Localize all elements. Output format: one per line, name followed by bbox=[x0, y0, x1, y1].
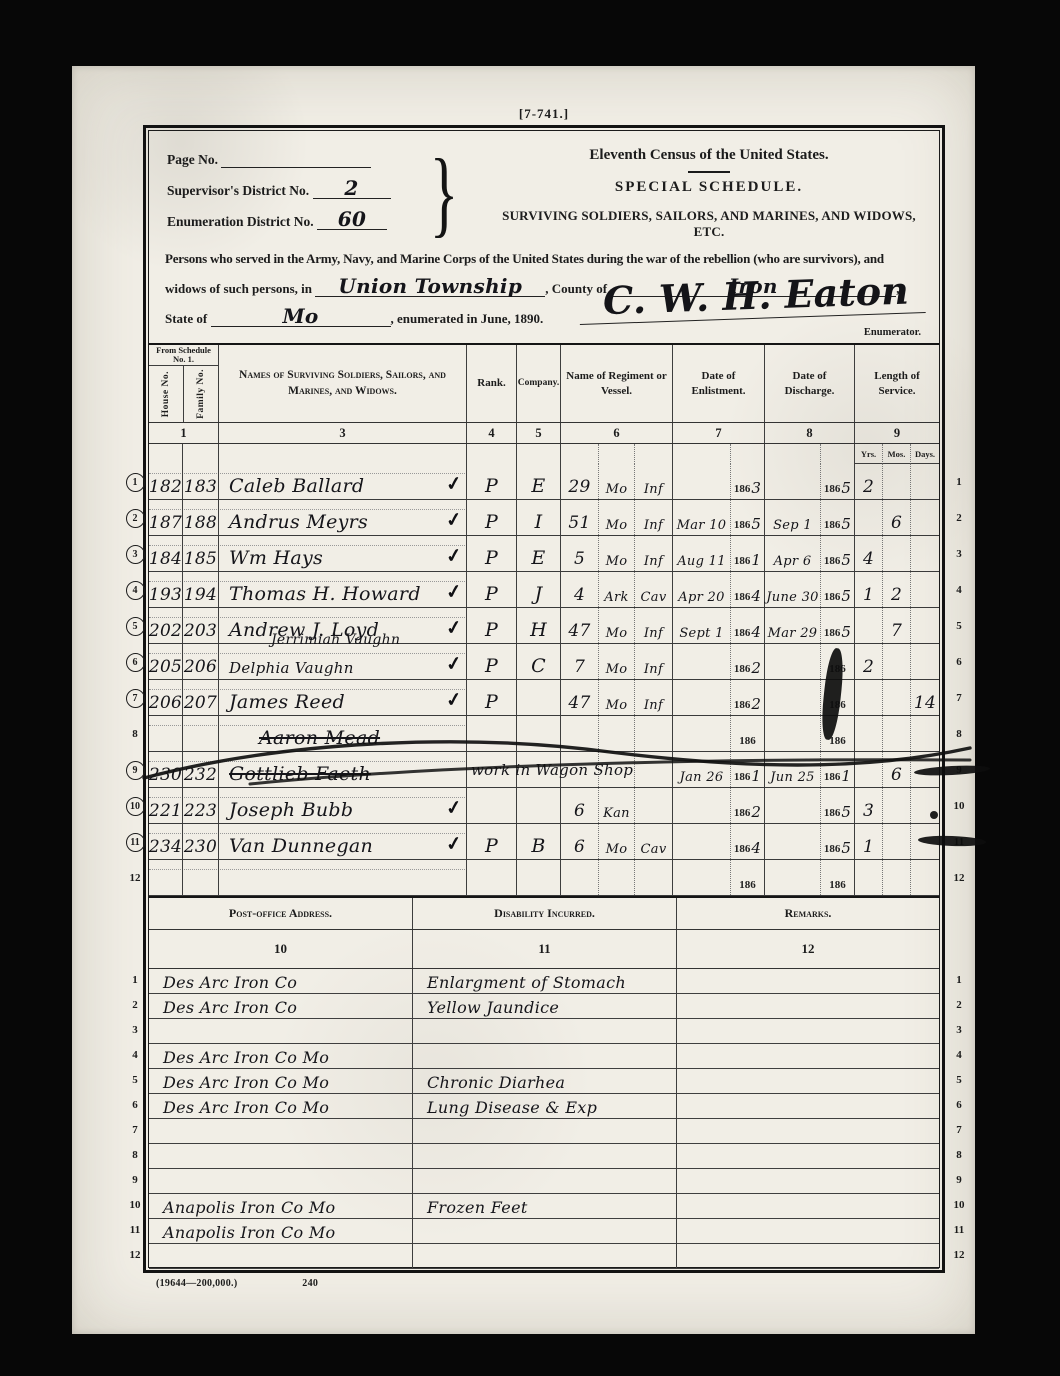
remarks-cell bbox=[677, 1219, 939, 1243]
company-value: B bbox=[531, 835, 545, 857]
house-no-value: 221 bbox=[149, 801, 182, 821]
rank-value: P bbox=[485, 475, 498, 497]
year-digit: 4 bbox=[751, 587, 761, 605]
row-number-1: 1 bbox=[946, 464, 972, 500]
title-block: Eleventh Census of the United States. SP… bbox=[499, 147, 919, 240]
service-yrs-cell bbox=[855, 680, 883, 715]
year-digit: 2 bbox=[751, 695, 761, 713]
discharge-day-value: June 30 bbox=[766, 590, 818, 605]
check-mark: ✓ bbox=[445, 472, 464, 497]
remarks-header: Remarks. bbox=[677, 898, 939, 929]
service-mos-cell bbox=[883, 824, 911, 859]
regiment-branch-cell: Inf bbox=[635, 680, 673, 715]
rank-header: Rank. bbox=[467, 345, 517, 422]
regiment-branch-cell: Inf bbox=[635, 644, 673, 679]
service-days-cell bbox=[911, 716, 939, 751]
discharge-day-value: Apr 6 bbox=[774, 554, 812, 569]
check-mark: ✓ bbox=[445, 544, 464, 569]
regiment-branch-cell bbox=[635, 752, 673, 787]
soldier-row: 205206Jerrimiah VaughnDelphia Vaughn✓PC7… bbox=[149, 644, 939, 680]
service-header: Length of Service. bbox=[855, 345, 939, 422]
service-mos-cell bbox=[883, 644, 911, 679]
row-number-5: 5 bbox=[122, 1067, 148, 1092]
po-address-cell: Des Arc Iron Co bbox=[149, 969, 413, 993]
year-digit: 1 bbox=[841, 767, 851, 785]
discharge-day-cell bbox=[765, 860, 821, 895]
row-number-12: 12 bbox=[122, 860, 148, 896]
regiment-no-cell: 51 bbox=[561, 500, 599, 535]
disability-cell: Yellow Jaundice bbox=[413, 994, 677, 1018]
enlist-year-cell: 1864 bbox=[731, 572, 765, 607]
row-number-6: 6 bbox=[122, 644, 148, 680]
service-mos-value: 6 bbox=[891, 513, 902, 533]
enlistment-header: Date of Enlistment. bbox=[673, 345, 765, 422]
service-mos-cell bbox=[883, 536, 911, 571]
state-label: State of bbox=[165, 311, 207, 326]
service-yrs-cell: 1 bbox=[855, 572, 883, 607]
row-number-2: 2 bbox=[946, 500, 972, 536]
po-address-cell: Des Arc Iron Co Mo bbox=[149, 1044, 413, 1068]
enlist-year-cell: 186 bbox=[731, 860, 765, 895]
regiment-state-value: Mo bbox=[606, 554, 628, 569]
service-days-cell bbox=[911, 536, 939, 571]
po-address-header: Post-office Address. bbox=[149, 898, 413, 929]
col-num-8: 8 bbox=[765, 423, 855, 443]
year-digit: 5 bbox=[841, 515, 851, 533]
remarks-cell bbox=[677, 1069, 939, 1093]
regiment-state-cell: Mo bbox=[599, 464, 635, 499]
discharge-day-value: Mar 29 bbox=[768, 626, 818, 641]
disability-cell: Lung Disease & Exp bbox=[413, 1094, 677, 1118]
company-cell: C bbox=[517, 644, 561, 679]
soldier-row: 230232Gottlieb Faethwork in Wagon ShopJa… bbox=[149, 752, 939, 788]
name-cell: Aaron Mead bbox=[219, 716, 467, 751]
remarks-cell bbox=[677, 1244, 939, 1268]
row-number-2: 2 bbox=[122, 992, 148, 1017]
remarks-cell bbox=[677, 1044, 939, 1068]
discharge-day-cell: June 30 bbox=[765, 572, 821, 607]
enlist-year-cell: 1863 bbox=[731, 464, 765, 499]
enlist-day-cell: Jan 26 bbox=[673, 752, 731, 787]
regiment-state-cell: Mo bbox=[599, 680, 635, 715]
postoffice-row bbox=[149, 1019, 939, 1044]
year-digit: 2 bbox=[751, 803, 761, 821]
service-mos-value: 2 bbox=[891, 585, 902, 605]
row-number-6: 6 bbox=[946, 644, 972, 680]
name-value: Joseph Bubb bbox=[229, 799, 353, 821]
names-header: Names of Surviving Soldiers, Sailors, an… bbox=[219, 345, 467, 422]
soldier-row: 186186 bbox=[149, 860, 939, 896]
year-digit: 1 bbox=[751, 551, 761, 569]
enlist-day-value: Mar 10 bbox=[677, 518, 727, 533]
regiment-branch-cell bbox=[635, 788, 673, 823]
house-no-value: 193 bbox=[149, 585, 182, 605]
enlist-day-cell bbox=[673, 824, 731, 859]
check-mark: ✓ bbox=[445, 616, 464, 641]
year-digit: 5 bbox=[841, 623, 851, 641]
regiment-no-cell: 47 bbox=[561, 608, 599, 643]
row-number-8: 8 bbox=[946, 1142, 972, 1167]
disability-cell: Chronic Diarhea bbox=[413, 1069, 677, 1093]
service-yrs-cell: 3 bbox=[855, 788, 883, 823]
name-cell: Andrus Meyrs✓ bbox=[219, 500, 467, 535]
remarks-cell bbox=[677, 1194, 939, 1218]
service-days-cell: 14 bbox=[911, 680, 939, 715]
preamble: Persons who served in the Army, Navy, an… bbox=[149, 243, 939, 343]
service-yrs-cell bbox=[855, 860, 883, 895]
enlist-year-cell: 1864 bbox=[731, 824, 765, 859]
check-mark: ✓ bbox=[445, 832, 464, 857]
po-address-value: Des Arc Iron Co Mo bbox=[163, 1098, 329, 1117]
col-num-1: 1 bbox=[149, 423, 219, 443]
page-no-value bbox=[221, 147, 371, 168]
row-number-10: 10 bbox=[946, 1192, 972, 1217]
service-yrs-cell bbox=[855, 500, 883, 535]
row-number-3: 3 bbox=[946, 1017, 972, 1042]
discharge-day-cell bbox=[765, 788, 821, 823]
rank-value: P bbox=[485, 547, 498, 569]
row-number-1: 1 bbox=[122, 967, 148, 992]
row-number-3: 3 bbox=[946, 536, 972, 572]
disability-value: Yellow Jaundice bbox=[427, 998, 559, 1017]
name-cell: Van Dunnegan✓ bbox=[219, 824, 467, 859]
col-num-9: 9 bbox=[855, 423, 939, 443]
house-no-value: 234 bbox=[149, 837, 182, 857]
page-no-label: Page No. bbox=[167, 152, 218, 167]
regiment-no-value: 7 bbox=[574, 657, 585, 677]
year-digit: 5 bbox=[751, 515, 761, 533]
service-mos-cell bbox=[883, 680, 911, 715]
house-no-cell: 205 bbox=[149, 644, 183, 679]
enlist-year-cell: 1864 bbox=[731, 608, 765, 643]
service-mos-cell: 2 bbox=[883, 572, 911, 607]
family-no-value: 188 bbox=[184, 513, 217, 533]
service-yrs-cell: 2 bbox=[855, 464, 883, 499]
service-yrs-value: 2 bbox=[863, 657, 874, 677]
disability-cell bbox=[413, 1219, 677, 1243]
discharge-year-cell: 1865 bbox=[821, 500, 855, 535]
family-no-cell: 223 bbox=[183, 788, 219, 823]
company-cell: E bbox=[517, 536, 561, 571]
enumeration-district-value: 60 bbox=[317, 209, 387, 230]
discharge-year-cell: 1865 bbox=[821, 824, 855, 859]
service-yrs-value: 1 bbox=[863, 585, 874, 605]
enlist-day-cell: Mar 10 bbox=[673, 500, 731, 535]
regiment-state-value: Ark bbox=[604, 590, 628, 605]
district-block: Page No. Supervisor's District No. 2 Enu… bbox=[167, 147, 391, 240]
rank-cell bbox=[467, 788, 517, 823]
regiment-no-cell: 6 bbox=[561, 788, 599, 823]
discharge-day-cell bbox=[765, 464, 821, 499]
row-number-12: 12 bbox=[946, 1242, 972, 1267]
company-cell bbox=[517, 788, 561, 823]
po-address-cell bbox=[149, 1019, 413, 1043]
circled-row-number: 4 bbox=[126, 581, 145, 600]
remarks-cell bbox=[677, 969, 939, 993]
service-yrs-cell: 4 bbox=[855, 536, 883, 571]
discharge-year-cell: 186 bbox=[821, 860, 855, 895]
year-digit: 3 bbox=[751, 479, 761, 497]
disability-value: Chronic Diarhea bbox=[427, 1073, 565, 1092]
mos-subheader: Mos. bbox=[883, 444, 911, 464]
rank-value: P bbox=[485, 583, 498, 605]
left-row-numbers-table1: 123456789101112 bbox=[122, 464, 148, 896]
occupation-note: work in Wagon Shop bbox=[471, 761, 633, 779]
house-no-cell: 202 bbox=[149, 608, 183, 643]
circled-row-number: 1 bbox=[126, 473, 145, 492]
row-number-10: 10 bbox=[122, 788, 148, 824]
regiment-branch-cell: Cav bbox=[635, 572, 673, 607]
from-schedule-label: From Schedule No. 1. bbox=[149, 345, 218, 366]
service-yrs-cell bbox=[855, 608, 883, 643]
po-address-cell: Anapolis Iron Co Mo bbox=[149, 1219, 413, 1243]
family-no-value: 183 bbox=[184, 477, 217, 497]
year-digit: 2 bbox=[751, 659, 761, 677]
regiment-no-value: 6 bbox=[574, 837, 585, 857]
rank-value: P bbox=[485, 655, 498, 677]
circled-row-number: 7 bbox=[126, 689, 145, 708]
house-no-value: 230 bbox=[149, 765, 182, 785]
enlist-year-cell: 1865 bbox=[731, 500, 765, 535]
service-mos-cell bbox=[883, 860, 911, 895]
company-cell: H bbox=[517, 608, 561, 643]
check-mark: ✓ bbox=[445, 508, 464, 533]
column-number-row: 1 3 4 5 6 7 8 9 bbox=[149, 422, 939, 444]
enlist-day-cell: Apr 20 bbox=[673, 572, 731, 607]
regiment-state-cell bbox=[599, 860, 635, 895]
company-header: Company. bbox=[517, 345, 561, 422]
township-value: Union Township bbox=[315, 276, 545, 297]
company-cell: E bbox=[517, 464, 561, 499]
yrs-subheader: Yrs. bbox=[855, 444, 883, 464]
year-preprint: 186 bbox=[734, 807, 751, 821]
company-cell: J bbox=[517, 572, 561, 607]
circled-row-number: 10 bbox=[126, 797, 145, 816]
row-number-1: 1 bbox=[946, 967, 972, 992]
regiment-state-cell: Mo bbox=[599, 824, 635, 859]
house-no-cell: 234 bbox=[149, 824, 183, 859]
discharge-day-cell bbox=[765, 680, 821, 715]
enlist-year-cell: 1861 bbox=[731, 752, 765, 787]
family-no-cell: 230 bbox=[183, 824, 219, 859]
postoffice-row bbox=[149, 1169, 939, 1194]
house-no-value: 184 bbox=[149, 549, 182, 569]
paper-sheet: [7-741.] Page No. Supervisor's District … bbox=[72, 66, 975, 1334]
enlist-day-value: Jan 26 bbox=[680, 770, 724, 785]
regiment-state-cell: Mo bbox=[599, 644, 635, 679]
disability-cell bbox=[413, 1169, 677, 1193]
regiment-branch-value: Inf bbox=[644, 662, 663, 677]
row-number-11: 11 bbox=[946, 1217, 972, 1242]
soldier-row: 234230Van Dunnegan✓PB6MoCav186418651 bbox=[149, 824, 939, 860]
service-yrs-cell bbox=[855, 716, 883, 751]
name-above-value: Jerrimiah Vaughn bbox=[271, 632, 400, 648]
print-code: (19644—200,000.) bbox=[156, 1278, 237, 1289]
disability-header: Disability Incurred. bbox=[413, 898, 677, 929]
check-mark: ✓ bbox=[445, 688, 464, 713]
row-number-9: 9 bbox=[122, 752, 148, 788]
disability-cell bbox=[413, 1119, 677, 1143]
year-preprint: 186 bbox=[734, 663, 751, 677]
year-preprint: 186 bbox=[734, 627, 751, 641]
regiment-branch-cell: Inf bbox=[635, 500, 673, 535]
year-preprint: 186 bbox=[734, 591, 751, 605]
regiment-state-cell: Ark bbox=[599, 572, 635, 607]
regiment-state-cell: Mo bbox=[599, 500, 635, 535]
rank-cell: P bbox=[467, 644, 517, 679]
po-address-value: Des Arc Iron Co Mo bbox=[163, 1073, 329, 1092]
row-number-5: 5 bbox=[946, 608, 972, 644]
check-mark: ✓ bbox=[445, 796, 464, 821]
service-yrs-value: 2 bbox=[863, 477, 874, 497]
row-number-10: 10 bbox=[122, 1192, 148, 1217]
right-row-numbers-table2: 123456789101112 bbox=[946, 967, 972, 1267]
service-days-cell bbox=[911, 500, 939, 535]
service-mos-cell bbox=[883, 716, 911, 751]
row-number-8: 8 bbox=[946, 716, 972, 752]
discharge-day-cell: Sep 1 bbox=[765, 500, 821, 535]
rank-cell bbox=[467, 716, 517, 751]
state-value: Mo bbox=[211, 306, 391, 327]
postoffice-row: Des Arc Iron CoEnlargment of Stomach bbox=[149, 969, 939, 994]
year-preprint: 186 bbox=[734, 519, 751, 533]
company-value: J bbox=[535, 583, 543, 605]
year-digit: 4 bbox=[751, 623, 761, 641]
regiment-state-value: Mo bbox=[606, 842, 628, 857]
row-number-7: 7 bbox=[122, 1117, 148, 1142]
col-num-12: 12 bbox=[677, 930, 939, 968]
row-number-4: 4 bbox=[946, 572, 972, 608]
regiment-no-value: 51 bbox=[568, 513, 590, 533]
regiment-state-value: Kan bbox=[603, 806, 630, 821]
col-num-10: 10 bbox=[149, 930, 413, 968]
po-address-cell: Anapolis Iron Co Mo bbox=[149, 1194, 413, 1218]
service-days-value: 14 bbox=[914, 693, 936, 713]
supervisors-district-line: Supervisor's District No. 2 bbox=[167, 178, 391, 200]
row-number-5: 5 bbox=[946, 1067, 972, 1092]
disability-cell bbox=[413, 1019, 677, 1043]
disability-cell bbox=[413, 1044, 677, 1068]
po-address-cell bbox=[149, 1169, 413, 1193]
service-mos-value: 7 bbox=[891, 621, 902, 641]
name-cell: Joseph Bubb✓ bbox=[219, 788, 467, 823]
company-value: C bbox=[531, 655, 546, 677]
regiment-branch-value: Inf bbox=[644, 698, 663, 713]
form-header: Page No. Supervisor's District No. 2 Enu… bbox=[149, 131, 939, 243]
service-days-cell bbox=[911, 644, 939, 679]
year-preprint: 186 bbox=[739, 735, 756, 749]
enlist-year-cell: 186 bbox=[731, 716, 765, 751]
postoffice-row: Anapolis Iron Co MoFrozen Feet bbox=[149, 1194, 939, 1219]
left-row-numbers-table2: 123456789101112 bbox=[122, 967, 148, 1267]
enlist-day-cell: Aug 11 bbox=[673, 536, 731, 571]
postoffice-rows: Des Arc Iron CoEnlargment of StomachDes … bbox=[149, 969, 939, 1269]
row-number-6: 6 bbox=[946, 1092, 972, 1117]
postoffice-row: Anapolis Iron Co Mo bbox=[149, 1219, 939, 1244]
enlist-day-value: Apr 20 bbox=[678, 590, 724, 605]
family-no-cell bbox=[183, 860, 219, 895]
check-mark: ✓ bbox=[445, 580, 464, 605]
form-code: [7-741.] bbox=[148, 106, 940, 122]
regiment-branch-value: Inf bbox=[644, 554, 663, 569]
service-mos-cell: 6 bbox=[883, 752, 911, 787]
regiment-no-value: 5 bbox=[574, 549, 585, 569]
disability-cell bbox=[413, 1244, 677, 1268]
enlist-day-cell bbox=[673, 716, 731, 751]
name-cell bbox=[219, 860, 467, 895]
rank-cell: P bbox=[467, 464, 517, 499]
soldiers-table-header: From Schedule No. 1. House No. Family No… bbox=[149, 345, 939, 422]
house-no-header: House No. bbox=[160, 371, 173, 417]
regiment-state-value: Mo bbox=[606, 482, 628, 497]
po-address-value: Des Arc Iron Co Mo bbox=[163, 1048, 329, 1067]
family-no-header: Family No. bbox=[195, 369, 208, 419]
row-number-10: 10 bbox=[946, 788, 972, 824]
col-num-4: 4 bbox=[467, 423, 517, 443]
remarks-cell bbox=[677, 994, 939, 1018]
regiment-state-cell: Mo bbox=[599, 608, 635, 643]
regiment-state-value: Mo bbox=[606, 698, 628, 713]
po-address-cell: Des Arc Iron Co Mo bbox=[149, 1069, 413, 1093]
disability-cell bbox=[413, 1144, 677, 1168]
family-no-value: 206 bbox=[184, 657, 217, 677]
col-num-5: 5 bbox=[517, 423, 561, 443]
name-value: Aaron Mead bbox=[259, 727, 380, 749]
service-days-cell bbox=[911, 464, 939, 499]
name-cell: Thomas H. Howard✓ bbox=[219, 572, 467, 607]
ink-dot bbox=[930, 811, 938, 819]
postoffice-row: Des Arc Iron CoYellow Jaundice bbox=[149, 994, 939, 1019]
soldier-row: 202203Andrew J. Loyd✓PH47MoInfSept 11864… bbox=[149, 608, 939, 644]
row-number-3: 3 bbox=[122, 1017, 148, 1042]
family-no-cell: 185 bbox=[183, 536, 219, 571]
disability-cell: Frozen Feet bbox=[413, 1194, 677, 1218]
regiment-branch-cell bbox=[635, 860, 673, 895]
year-preprint: 186 bbox=[734, 483, 751, 497]
census-title: Eleventh Census of the United States. bbox=[499, 147, 919, 164]
service-mos-cell: 6 bbox=[883, 500, 911, 535]
rank-value: P bbox=[485, 691, 498, 713]
enlist-day-cell bbox=[673, 860, 731, 895]
soldier-row: 184185Wm Hays✓PE5MoInfAug 111861Apr 6186… bbox=[149, 536, 939, 572]
row-number-4: 4 bbox=[122, 572, 148, 608]
year-preprint: 186 bbox=[824, 483, 841, 497]
po-address-value: Des Arc Iron Co bbox=[163, 998, 297, 1017]
rank-value: P bbox=[485, 619, 498, 641]
year-preprint: 186 bbox=[734, 699, 751, 713]
rank-cell: P bbox=[467, 608, 517, 643]
year-preprint: 186 bbox=[734, 555, 751, 569]
enlist-day-cell: Sept 1 bbox=[673, 608, 731, 643]
year-preprint: 186 bbox=[824, 519, 841, 533]
company-cell bbox=[517, 716, 561, 751]
year-preprint: 186 bbox=[739, 879, 756, 893]
year-digit: 4 bbox=[751, 839, 761, 857]
enumerator-label: Enumerator. bbox=[864, 327, 921, 338]
service-yrs-cell: 1 bbox=[855, 824, 883, 859]
disability-value: Enlargment of Stomach bbox=[427, 973, 626, 992]
regiment-state-cell: Kan bbox=[599, 788, 635, 823]
regiment-state-cell: Mo bbox=[599, 536, 635, 571]
regiment-no-cell bbox=[561, 716, 599, 751]
discharge-year-cell: 1865 bbox=[821, 608, 855, 643]
col-num-7: 7 bbox=[673, 423, 765, 443]
house-no-value: 187 bbox=[149, 513, 182, 533]
house-no-cell bbox=[149, 860, 183, 895]
row-number-1: 1 bbox=[122, 464, 148, 500]
name-value: James Reed bbox=[229, 691, 345, 713]
discharge-header: Date of Discharge. bbox=[765, 345, 855, 422]
